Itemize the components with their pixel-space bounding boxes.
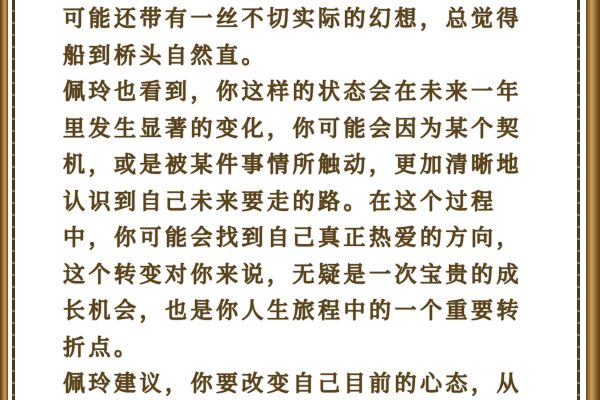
text-line: 可能还带有一丝不切实际的幻想，总觉得 (63, 2, 553, 39)
text-line: 佩玲建议，你要改变自己目前的心态，从 (63, 367, 553, 400)
text-line: 里发生显著的变化，你可能会因为某个契 (63, 112, 553, 149)
text-line: 长机会，也是你人生旅程中的一个重要转 (63, 294, 553, 331)
border-line-left (12, 0, 15, 400)
text-line: 机，或是被某件事情所触动，更加清晰地 (63, 148, 553, 185)
text-line: 折点。 (63, 331, 553, 368)
text-line: 船到桥头自然直。 (63, 39, 553, 76)
decorative-border-left (0, 0, 8, 400)
decorative-border-right (586, 0, 600, 400)
text-line: 中，你可能会找到自己真正热爱的方向， (63, 221, 553, 258)
text-line: 这个转变对你来说，无疑是一次宝贵的成 (63, 258, 553, 295)
text-line: 认识到自己未来要走的路。在这个过程 (63, 185, 553, 222)
article-body: 可能还带有一丝不切实际的幻想，总觉得 船到桥头自然直。 佩玲也看到，你这样的状态… (63, 2, 553, 400)
text-line: 佩玲也看到，你这样的状态会在未来一年 (63, 75, 553, 112)
border-line-right (577, 0, 580, 400)
